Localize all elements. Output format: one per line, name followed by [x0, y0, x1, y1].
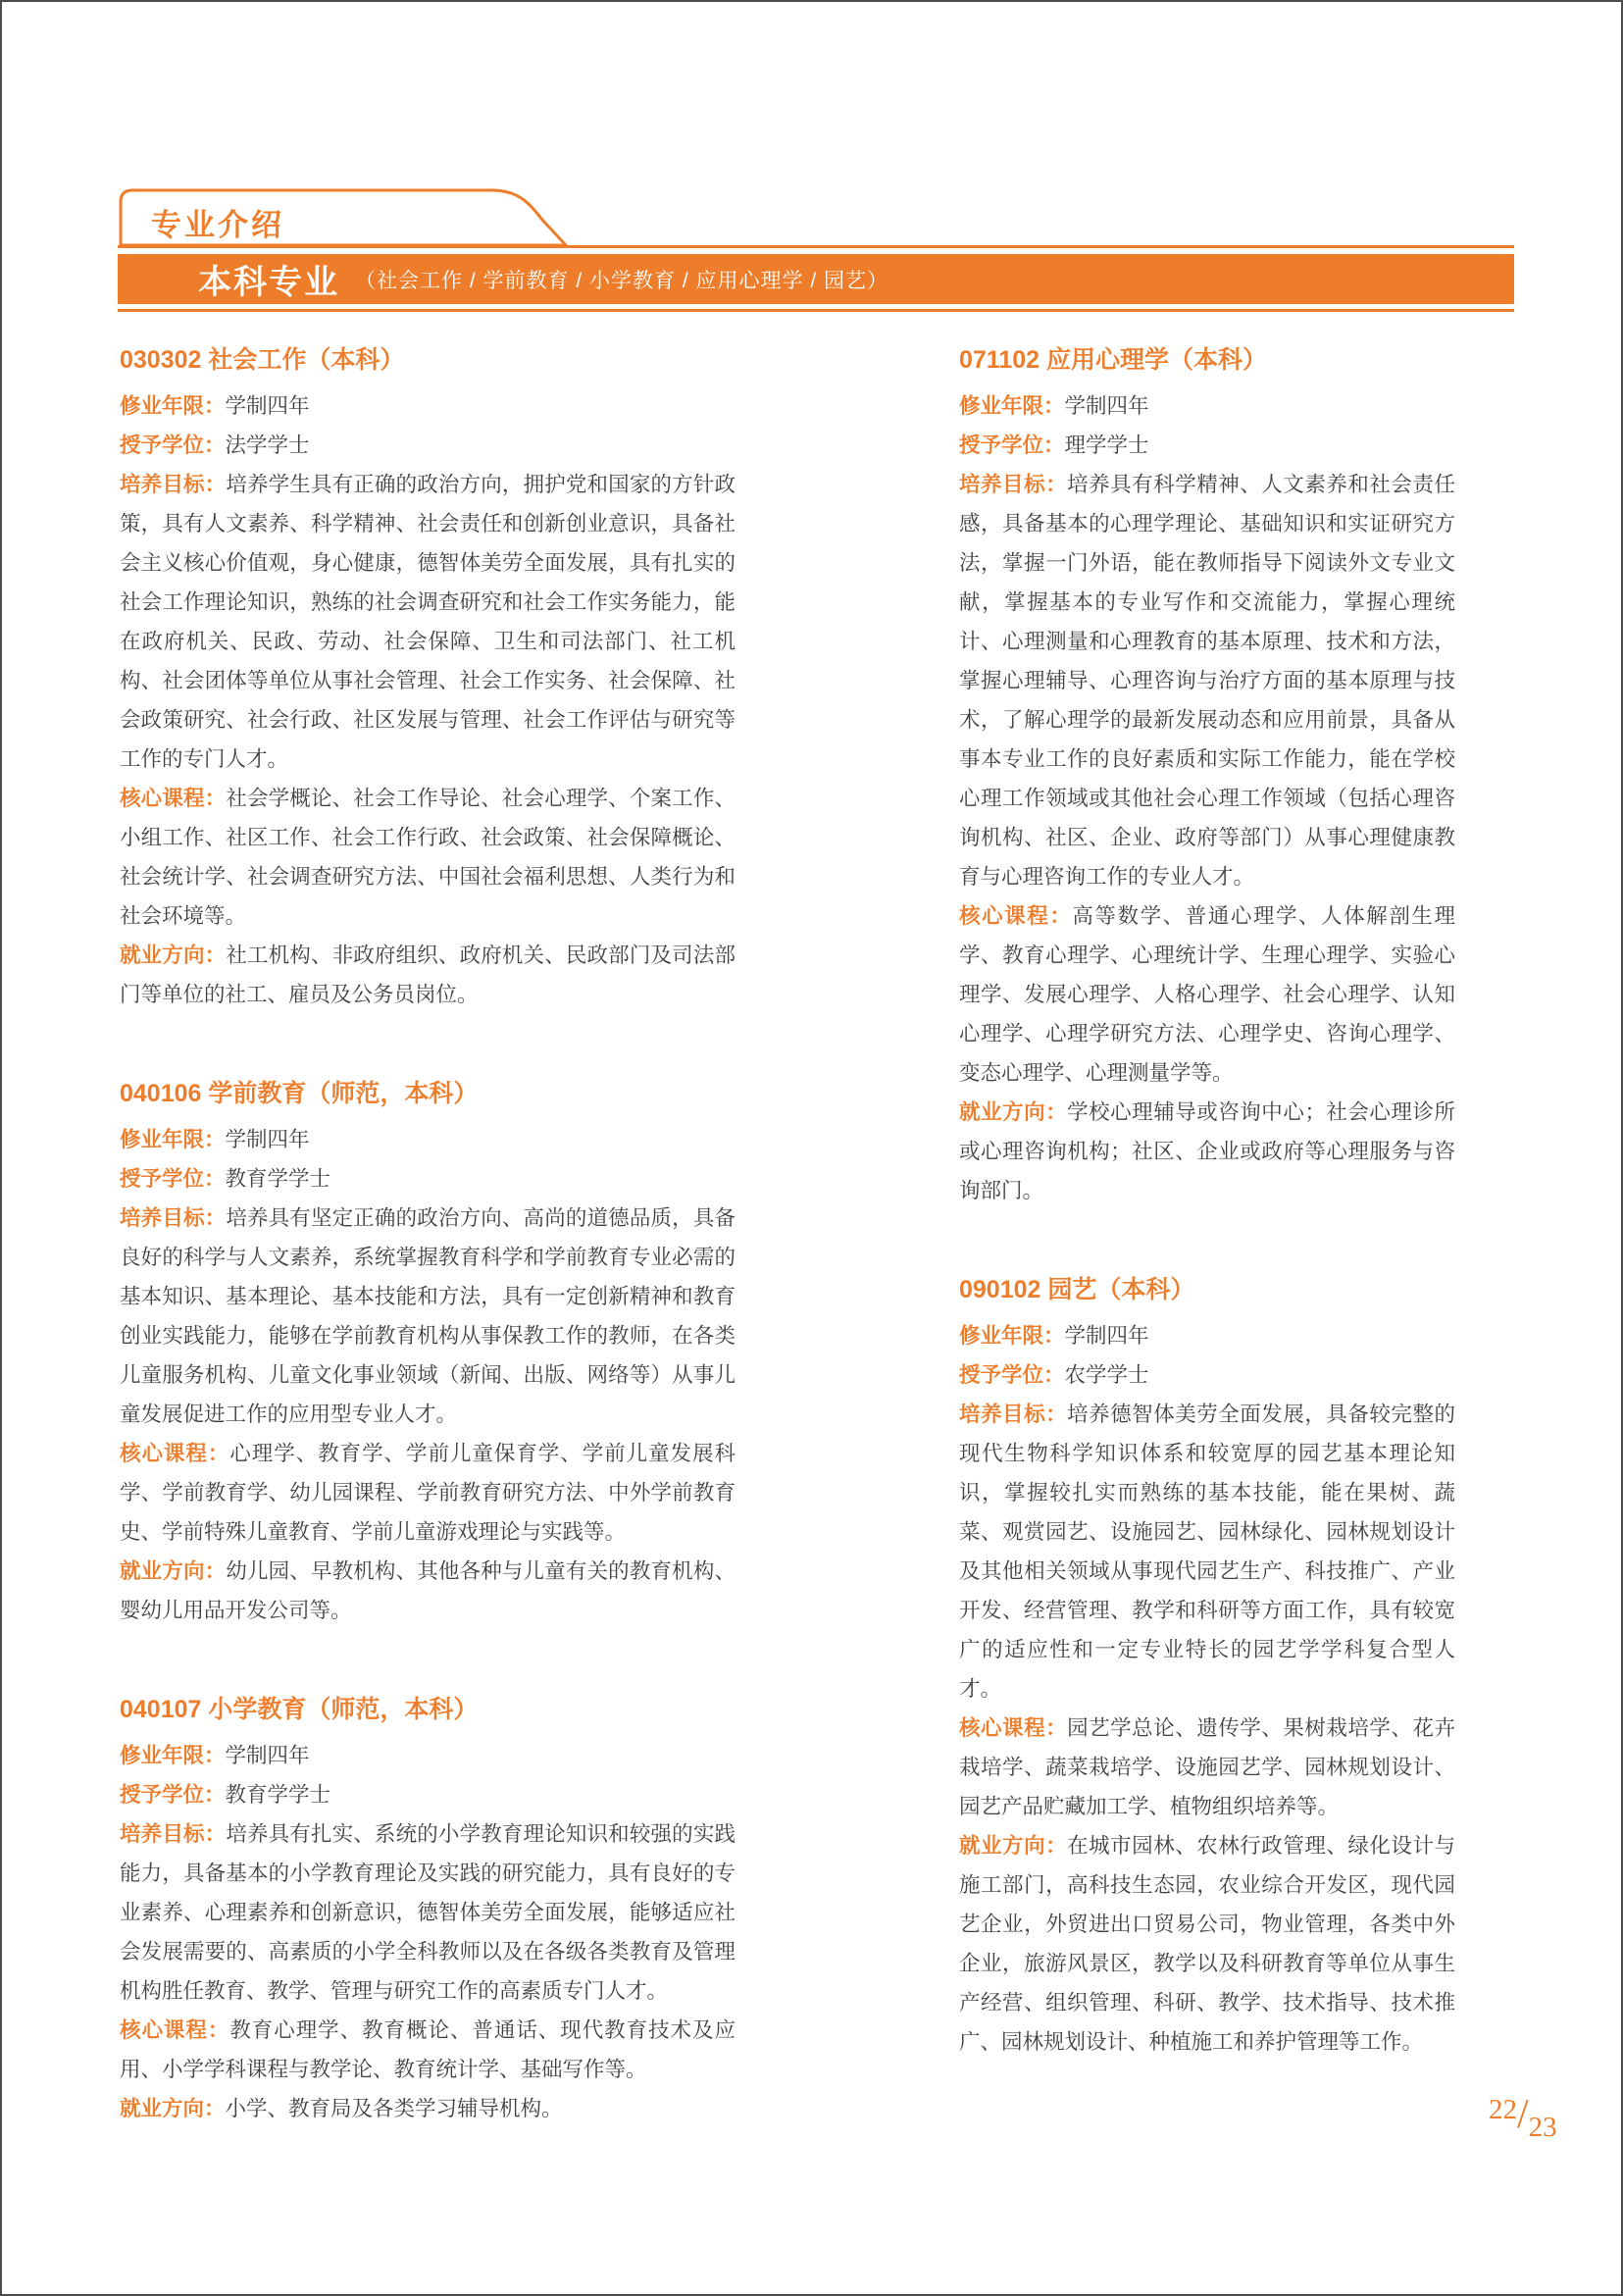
career-label: 就业方向： — [120, 1559, 226, 1583]
objective-label: 培养目标： — [959, 1403, 1067, 1426]
page: 专业介绍 本科专业 （社会工作 / 学前教育 / 小学教育 / 应用心理学 / … — [0, 0, 1623, 2296]
career-label: 就业方向： — [120, 2097, 226, 2120]
objective-row: 培养目标：培养德智体美劳全面发展，具备较完整的现代生物科学知识体系和较宽厚的园艺… — [959, 1395, 1455, 1709]
objective-text: 培养具有坚定正确的政治方向、高尚的道德品质，具备良好的科学与人文素养，系统掌握教… — [120, 1206, 735, 1426]
degree-value: 教育学学士 — [226, 1783, 331, 1807]
banner-subtitle: （社会工作 / 学前教育 / 小学教育 / 应用心理学 / 园艺） — [355, 265, 888, 294]
duration-value: 学制四年 — [226, 1128, 310, 1151]
header-rule-bottom — [118, 309, 1514, 312]
objective-text: 培养具有扎实、系统的小学教育理论知识和较强的实践能力，具备基本的小学教育理论及实… — [120, 1822, 735, 2003]
duration-row: 修业年限：学制四年 — [120, 1736, 735, 1775]
column-left: 030302 社会工作（本科） 修业年限：学制四年 授予学位：法学学士 培养目标… — [120, 335, 735, 2183]
core-courses-text: 高等数学、普通心理学、人体解剖生理学、教育心理学、心理统计学、生理心理学、实验心… — [959, 904, 1455, 1085]
core-courses-row: 核心课程：社会学概论、社会工作导论、社会心理学、个案工作、小组工作、社区工作、社… — [120, 779, 735, 936]
degree-row: 授予学位：农学学士 — [959, 1355, 1455, 1395]
duration-label: 修业年限： — [959, 394, 1065, 418]
degree-label: 授予学位： — [959, 434, 1065, 457]
major-title: 090102 园艺（本科） — [959, 1265, 1455, 1304]
page-number-separator: / — [1517, 2092, 1529, 2137]
career-row: 就业方向：学校心理辅导或咨询中心；社会心理诊所或心理咨询机构；社区、企业或政府等… — [959, 1093, 1455, 1210]
objective-text: 培养德智体美劳全面发展，具备较完整的现代生物科学知识体系和较宽厚的园艺基本理论知… — [959, 1403, 1455, 1701]
degree-label: 授予学位： — [120, 1167, 226, 1191]
duration-row: 修业年限：学制四年 — [959, 386, 1455, 426]
core-courses-label: 核心课程： — [959, 1716, 1067, 1740]
career-row: 就业方向：小学、教育局及各类学习辅导机构。 — [120, 2089, 735, 2128]
career-text: 在城市园林、农林行政管理、绿化设计与施工部门，高科技生态园，农业综合开发区，现代… — [959, 1834, 1455, 2054]
objective-label: 培养目标： — [959, 473, 1067, 496]
page-number-current: 22 — [1489, 2094, 1517, 2125]
career-label: 就业方向： — [120, 944, 226, 967]
major-title: 040107 小学教育（师范，本科） — [120, 1685, 735, 1724]
major-section-applied-psychology: 071102 应用心理学（本科） 修业年限：学制四年 授予学位：理学学士 培养目… — [959, 335, 1455, 1210]
objective-label: 培养目标： — [120, 1206, 226, 1230]
core-courses-label: 核心课程： — [120, 1442, 229, 1465]
duration-label: 修业年限： — [120, 394, 226, 418]
degree-row: 授予学位：教育学学士 — [120, 1159, 735, 1199]
objective-row: 培养目标：培养具有科学精神、人文素养和社会责任感，具备基本的心理学理论、基础知识… — [959, 465, 1455, 896]
major-section-social-work: 030302 社会工作（本科） 修业年限：学制四年 授予学位：法学学士 培养目标… — [120, 335, 735, 1014]
degree-value: 农学学士 — [1065, 1363, 1149, 1387]
banner: 本科专业 （社会工作 / 学前教育 / 小学教育 / 应用心理学 / 园艺） — [118, 254, 1514, 304]
objective-text: 培养学生具有正确的政治方向，拥护党和国家的方针政策，具有人文素养、科学精神、社会… — [120, 473, 735, 771]
duration-value: 学制四年 — [1065, 1324, 1149, 1348]
major-title: 040106 学前教育（师范，本科） — [120, 1069, 735, 1108]
section-tab: 专业介绍 — [118, 187, 610, 248]
degree-label: 授予学位： — [959, 1363, 1065, 1387]
duration-label: 修业年限： — [120, 1128, 226, 1151]
tab-title: 专业介绍 — [151, 200, 284, 244]
core-courses-row: 核心课程：心理学、教育学、学前儿童保育学、学前儿童发展科学、学前教育学、幼儿园课… — [120, 1434, 735, 1552]
degree-value: 理学学士 — [1065, 434, 1149, 457]
duration-value: 学制四年 — [1065, 394, 1149, 418]
page-number-total: 23 — [1529, 2112, 1557, 2143]
degree-row: 授予学位：法学学士 — [120, 426, 735, 465]
degree-row: 授予学位：理学学士 — [959, 426, 1455, 465]
major-section-primary-education: 040107 小学教育（师范，本科） 修业年限：学制四年 授予学位：教育学学士 … — [120, 1685, 735, 2128]
major-title: 071102 应用心理学（本科） — [959, 335, 1455, 375]
career-text: 小学、教育局及各类学习辅导机构。 — [226, 2097, 563, 2120]
duration-label: 修业年限： — [120, 1744, 226, 1767]
page-number: 22/23 — [1489, 2091, 1557, 2138]
objective-row: 培养目标：培养具有坚定正确的政治方向、高尚的道德品质，具备良好的科学与人文素养，… — [120, 1199, 735, 1434]
degree-label: 授予学位： — [120, 1783, 226, 1807]
core-courses-label: 核心课程： — [120, 2018, 229, 2042]
duration-value: 学制四年 — [226, 394, 310, 418]
column-right: 071102 应用心理学（本科） 修业年限：学制四年 授予学位：理学学士 培养目… — [959, 335, 1455, 2117]
major-section-preschool-education: 040106 学前教育（师范，本科） 修业年限：学制四年 授予学位：教育学学士 … — [120, 1069, 735, 1630]
career-label: 就业方向： — [959, 1100, 1067, 1124]
degree-value: 法学学士 — [226, 434, 310, 457]
objective-label: 培养目标： — [120, 473, 226, 496]
career-label: 就业方向： — [959, 1834, 1067, 1858]
duration-row: 修业年限：学制四年 — [959, 1316, 1455, 1355]
degree-label: 授予学位： — [120, 434, 226, 457]
major-section-horticulture: 090102 园艺（本科） 修业年限：学制四年 授予学位：农学学士 培养目标：培… — [959, 1265, 1455, 2062]
objective-text: 培养具有科学精神、人文素养和社会责任感，具备基本的心理学理论、基础知识和实证研究… — [959, 473, 1455, 889]
duration-row: 修业年限：学制四年 — [120, 386, 735, 426]
degree-row: 授予学位：教育学学士 — [120, 1775, 735, 1814]
duration-value: 学制四年 — [226, 1744, 310, 1767]
objective-row: 培养目标：培养学生具有正确的政治方向，拥护党和国家的方针政策，具有人文素养、科学… — [120, 465, 735, 779]
career-row: 就业方向：在城市园林、农林行政管理、绿化设计与施工部门，高科技生态园，农业综合开… — [959, 1826, 1455, 2062]
objective-label: 培养目标： — [120, 1822, 226, 1846]
duration-label: 修业年限： — [959, 1324, 1065, 1348]
core-courses-row: 核心课程：高等数学、普通心理学、人体解剖生理学、教育心理学、心理统计学、生理心理… — [959, 896, 1455, 1093]
duration-row: 修业年限：学制四年 — [120, 1120, 735, 1159]
header-rule-top — [118, 245, 1514, 248]
career-row: 就业方向：社工机构、非政府组织、政府机关、民政部门及司法部门等单位的社工、雇员及… — [120, 936, 735, 1014]
career-row: 就业方向：幼儿园、早教机构、其他各种与儿童有关的教育机构、婴幼儿用品开发公司等。 — [120, 1552, 735, 1630]
core-courses-row: 核心课程：教育心理学、教育概论、普通话、现代教育技术及应用、小学学科课程与教学论… — [120, 2011, 735, 2089]
degree-value: 教育学学士 — [226, 1167, 331, 1191]
core-courses-label: 核心课程： — [120, 787, 226, 810]
major-title: 030302 社会工作（本科） — [120, 335, 735, 375]
objective-row: 培养目标：培养具有扎实、系统的小学教育理论知识和较强的实践能力，具备基本的小学教… — [120, 1814, 735, 2011]
banner-title: 本科专业 — [198, 255, 339, 303]
core-courses-label: 核心课程： — [959, 904, 1072, 928]
core-courses-row: 核心课程：园艺学总论、遗传学、果树栽培学、花卉栽培学、蔬菜栽培学、设施园艺学、园… — [959, 1709, 1455, 1826]
